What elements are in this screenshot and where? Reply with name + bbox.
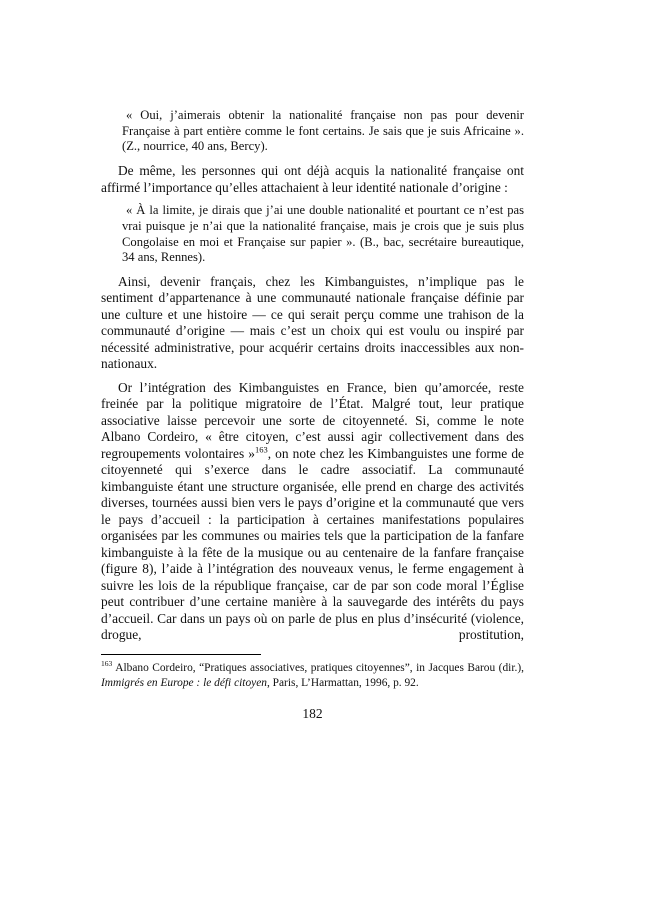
- document-page: « Oui, j’aimerais obtenir la nationalité…: [0, 0, 650, 920]
- page-number: 182: [101, 706, 524, 722]
- footnote-marker-163: 163: [101, 659, 112, 668]
- footnote-reference-163: 163: [255, 444, 268, 454]
- footnote-citation-end: , Paris, L’Harmattan, 1996, p. 92.: [267, 677, 419, 689]
- footnote-citation-start: Albano Cordeiro, “Pratiques associatives…: [115, 662, 524, 674]
- paragraph-3-text-after-ref: , on note chez les Kimbanguistes une for…: [101, 446, 524, 643]
- text-block: « Oui, j’aimerais obtenir la nationalité…: [101, 108, 524, 722]
- footnote-163: 163Albano Cordeiro, “Pratiques associati…: [101, 661, 524, 690]
- paragraph-2: Ainsi, devenir français, chez les Kimban…: [101, 274, 524, 373]
- blockquote-interview-1: « Oui, j’aimerais obtenir la nationalité…: [122, 108, 524, 155]
- paragraph-1: De même, les personnes qui ont déjà acqu…: [101, 163, 524, 196]
- footnote-book-title: Immigrés en Europe : le défi citoyen: [101, 677, 267, 689]
- blockquote-interview-2: « À la limite, je dirais que j’ai une do…: [122, 203, 524, 266]
- paragraph-3: Or l’intégration des Kimbanguistes en Fr…: [101, 380, 524, 644]
- footnote-separator-rule: [101, 654, 261, 655]
